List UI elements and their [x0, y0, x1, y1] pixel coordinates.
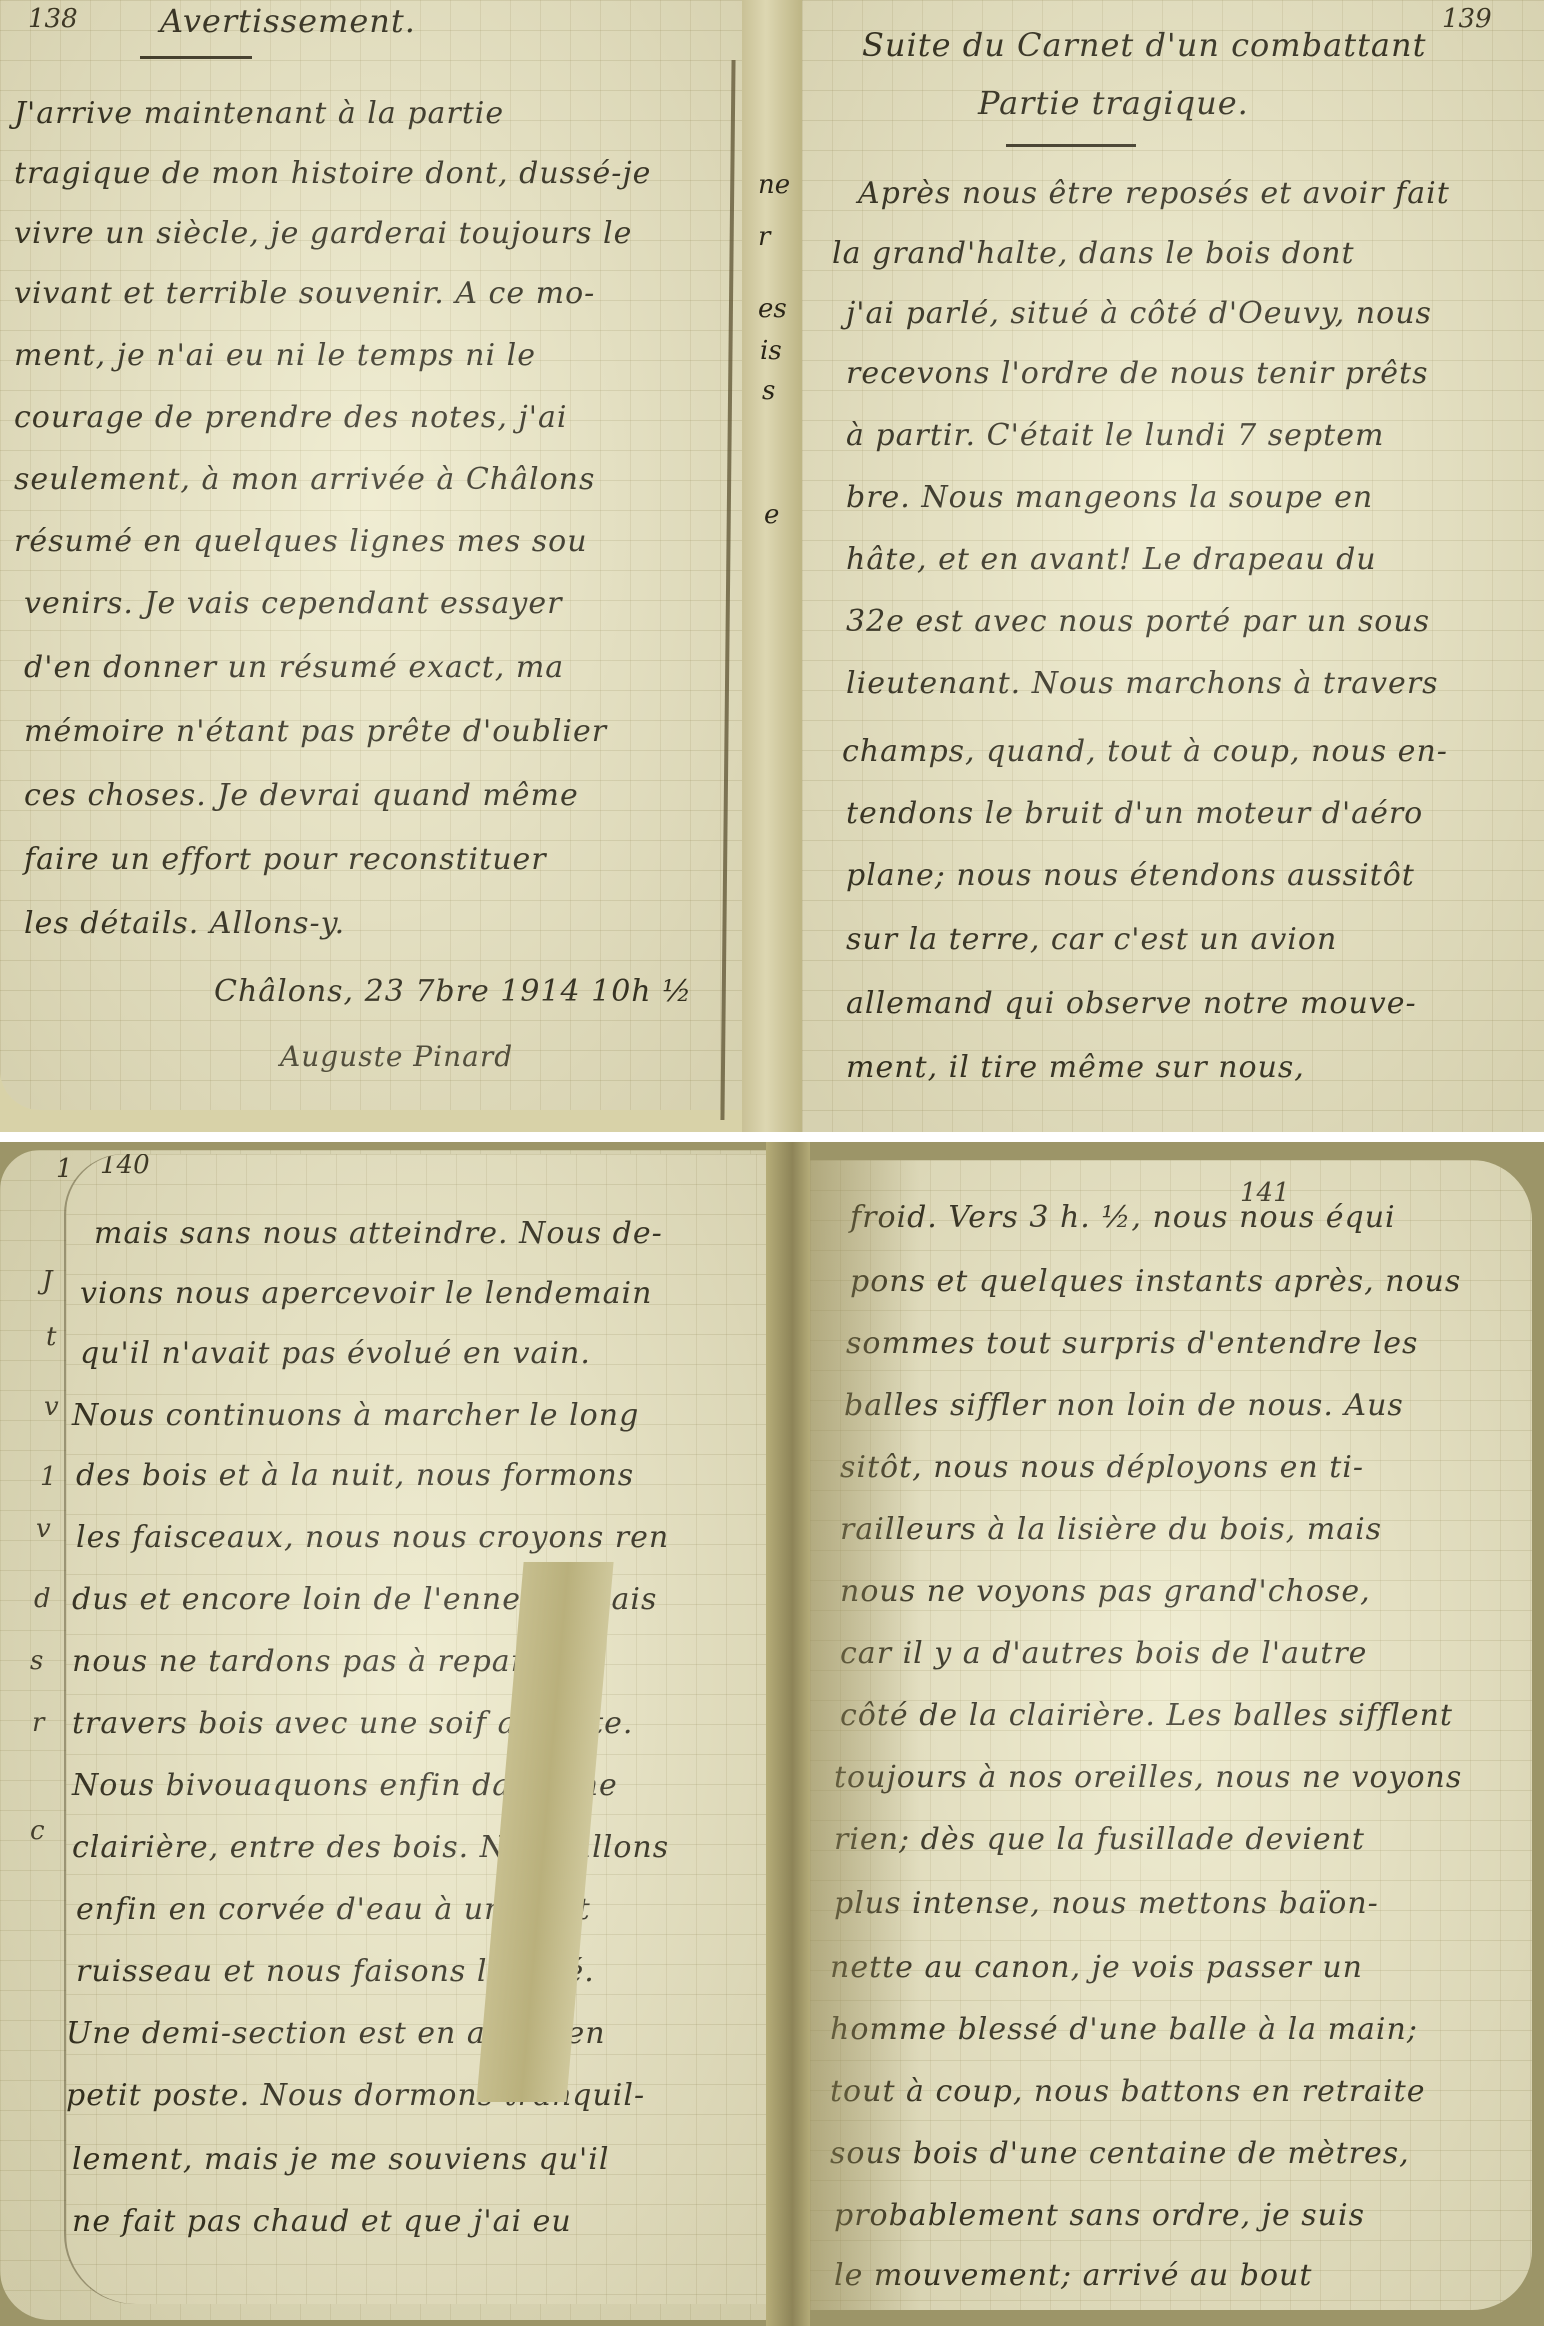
text-line: venirs. Je vais cependant essayer: [24, 586, 562, 621]
text-line: railleurs à la lisière du bois, mais: [840, 1512, 1382, 1547]
text-line: homme blessé d'une balle à la main;: [830, 2012, 1418, 2047]
text-line: j'ai parlé, situé à côté d'Oeuvy, nous: [846, 296, 1432, 331]
text-line: froid. Vers 3 h. ½, nous nous équi: [850, 1200, 1396, 1235]
page-number: 138: [28, 4, 78, 34]
text-line: plus intense, nous mettons baïon-: [834, 1886, 1379, 1921]
margin-fragment: e: [764, 500, 779, 530]
notebook-page-140: 140 mais sans nous atteindre. Nous de- v…: [66, 1154, 766, 2304]
text-line: 32e est avec nous porté par un sous: [846, 604, 1430, 639]
text-line: J'arrive maintenant à la partie: [14, 96, 504, 131]
notebook-page-139: 139 Suite du Carnet d'un combattant Part…: [802, 0, 1544, 1132]
margin-fragment: v: [44, 1392, 59, 1422]
text-line: lement, mais je me souviens qu'il: [72, 2142, 609, 2177]
page-title: Avertissement.: [160, 2, 416, 40]
text-line: à partir. C'était le lundi 7 septem: [846, 418, 1384, 453]
dateline: Châlons, 23 7bre 1914 10h ½: [214, 974, 692, 1009]
text-line: champs, quand, tout à coup, nous en-: [842, 734, 1448, 769]
margin-fragment: r: [758, 222, 770, 252]
text-line: sommes tout surpris d'entendre les: [846, 1326, 1418, 1361]
margin-fragment: v: [36, 1514, 51, 1544]
margin-fragment: c: [30, 1816, 45, 1846]
text-line: sous bois d'une centaine de mètres,: [830, 2136, 1410, 2171]
text-line: faire un effort pour reconstituer: [24, 842, 547, 877]
text-line: ces choses. Je devrai quand même: [24, 778, 579, 813]
margin-fragment: d: [34, 1584, 51, 1614]
text-line: sitôt, nous nous déployons en ti-: [840, 1450, 1364, 1485]
text-line: le mouvement; arrivé au bout: [834, 2258, 1312, 2293]
text-line: tout à coup, nous battons en retraite: [830, 2074, 1425, 2109]
margin-fragment: ne: [758, 170, 790, 200]
text-line: ment, je n'ai eu ni le temps ni le: [14, 338, 536, 373]
signature: Auguste Pinard: [280, 1040, 513, 1073]
title-underline: [1006, 144, 1136, 147]
photo-pages-138-139: 138 Avertissement. J'arrive maintenant à…: [0, 0, 1544, 1132]
margin-fragment: s: [30, 1646, 43, 1676]
text-line: tendons le bruit d'un moteur d'aéro: [846, 796, 1423, 831]
margin-fragment: J: [42, 1266, 52, 1296]
text-line: vions nous apercevoir le lendemain: [80, 1276, 652, 1311]
text-line: mémoire n'étant pas prête d'oublier: [24, 714, 607, 749]
text-line: probablement sans ordre, je suis: [834, 2198, 1365, 2233]
margin-fragment: es: [758, 294, 787, 324]
text-line: sur la terre, car c'est un avion: [846, 922, 1337, 957]
title-underline: [140, 56, 252, 59]
margin-fragment: t: [46, 1322, 56, 1352]
text-line: recevons l'ordre de nous tenir prêts: [846, 356, 1428, 391]
text-line: bre. Nous mangeons la soupe en: [846, 480, 1373, 515]
text-line: nous ne voyons pas grand'chose,: [840, 1574, 1371, 1609]
text-line: des bois et à la nuit, nous formons: [76, 1458, 634, 1493]
page-subtitle: Partie tragique.: [978, 84, 1249, 122]
photo-divider: [0, 1132, 1544, 1142]
text-line: d'en donner un résumé exact, ma: [24, 650, 564, 685]
text-line: Après nous être reposés et avoir fait: [858, 176, 1450, 211]
text-line: ment, il tire même sur nous,: [846, 1050, 1305, 1085]
text-line: résumé en quelques lignes mes sou: [14, 524, 588, 559]
margin-fragment: is: [760, 336, 782, 366]
notebook-page-141: 141 froid. Vers 3 h. ½, nous nous équi p…: [810, 1160, 1532, 2310]
notebook-page-138: 138 Avertissement. J'arrive maintenant à…: [0, 0, 742, 1110]
page-number: 1: [56, 1154, 73, 1184]
text-line: qu'il n'avait pas évolué en vain.: [80, 1336, 591, 1371]
text-line: car il y a d'autres bois de l'autre: [840, 1636, 1367, 1671]
page-title: Suite du Carnet d'un combattant: [862, 26, 1426, 64]
margin-fragment: 1: [40, 1462, 57, 1492]
page-number: 139: [1442, 4, 1492, 34]
text-line: les faisceaux, nous nous croyons ren: [76, 1520, 669, 1555]
text-line: la grand'halte, dans le bois dont: [832, 236, 1355, 271]
text-line: Nous continuons à marcher le long: [72, 1398, 639, 1433]
text-line: rien; dès que la fusillade devient: [834, 1822, 1365, 1857]
text-line: allemand qui observe notre mouve-: [846, 986, 1417, 1021]
margin-fragment: s: [762, 376, 775, 406]
text-line: pons et quelques instants après, nous: [850, 1264, 1461, 1299]
text-line: seulement, à mon arrivée à Châlons: [14, 462, 595, 497]
text-line: côté de la clairière. Les balles sifflen…: [840, 1698, 1453, 1733]
gutter: [766, 1142, 810, 2326]
text-line: ne fait pas chaud et que j'ai eu: [72, 2204, 572, 2239]
text-line: balles siffler non loin de nous. Aus: [844, 1388, 1404, 1423]
text-line: les détails. Allons-y.: [24, 906, 345, 941]
facing-page-edge: ne r es is s e: [742, 0, 802, 1132]
text-line: courage de prendre des notes, j'ai: [14, 400, 567, 435]
margin-fragment: r: [32, 1708, 44, 1738]
text-line: mais sans nous atteindre. Nous de-: [94, 1216, 663, 1251]
text-line: lieutenant. Nous marchons à travers: [846, 666, 1439, 701]
text-line: vivre un siècle, je garderai toujours le: [14, 216, 632, 251]
text-line: nette au canon, je vois passer un: [830, 1950, 1363, 1985]
page-number: 140: [100, 1154, 150, 1180]
text-line: plane; nous nous étendons aussitôt: [846, 858, 1415, 893]
photo-pages-140-141: 1 J t v 1 v d s r c 140 mais sans nous a…: [0, 1142, 1544, 2326]
text-line: hâte, et en avant! Le drapeau du: [846, 542, 1377, 577]
text-line: vivant et terrible souvenir. A ce mo-: [14, 276, 595, 311]
text-line: toujours à nos oreilles, nous ne voyons: [834, 1760, 1462, 1795]
text-line: tragique de mon histoire dont, dussé-je: [14, 156, 651, 191]
